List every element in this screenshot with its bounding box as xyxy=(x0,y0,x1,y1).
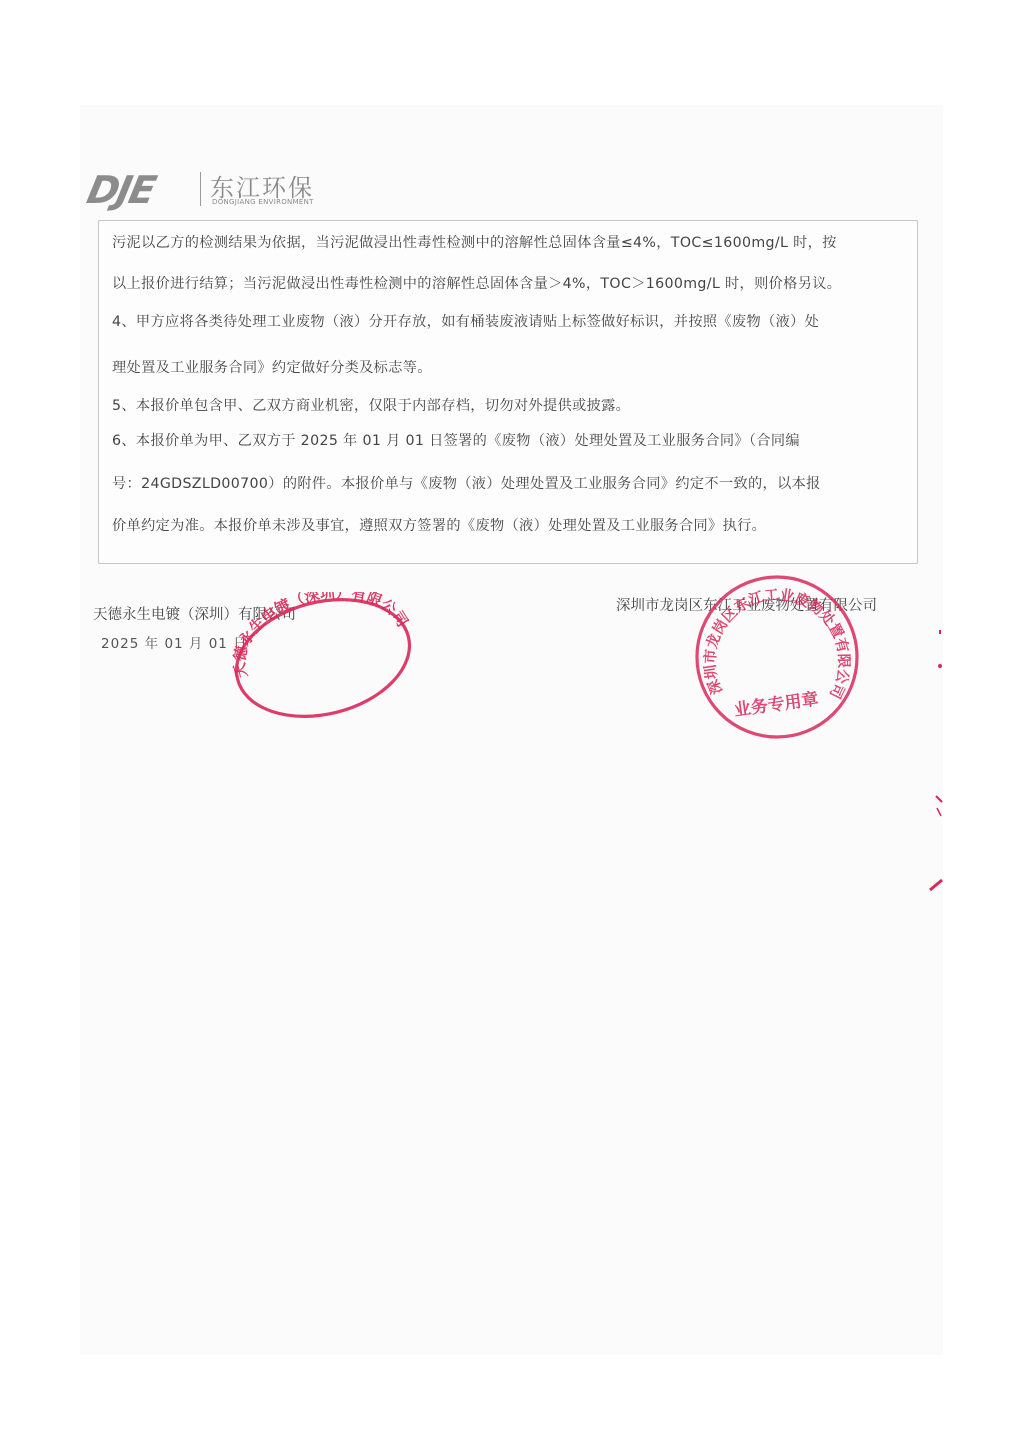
terms-line: 4、甲方应将各类待处理工业废物（液）分开存放，如有桶装废液请贴上标签做好标识，并… xyxy=(112,311,819,331)
terms-line: 6、本报价单为甲、乙双方于 2025 年 01 月 01 日签署的《废物（液）处… xyxy=(112,430,800,450)
terms-line: 价单约定为准。本报价单未涉及事宜，遵照双方签署的《废物（液）处理处置及工业服务合… xyxy=(112,515,766,535)
party-a-date: 2025 年 01 月 01 日 xyxy=(101,632,248,652)
logo-english-name: DONGJIANG ENVIRONMENT xyxy=(212,198,314,206)
terms-line: 理处置及工业服务合同》约定做好分类及标志等。 xyxy=(112,357,432,377)
terms-line: 5、本报价单包含甲、乙双方商业机密，仅限于内部存档，切勿对外提供或披露。 xyxy=(112,395,630,415)
logo-mark: DJE xyxy=(83,168,158,212)
party-b-company: 深圳市龙岗区东江工业废物处置有限公司 xyxy=(616,594,877,615)
terms-line: 号：24GDSZLD00700）的附件。本报价单与《废物（液）处理处置及工业服务… xyxy=(112,473,821,493)
logo-divider xyxy=(200,172,201,206)
terms-box xyxy=(98,220,918,564)
terms-line: 以上报价进行结算；当污泥做浸出性毒性检测中的溶解性总固体含量＞4%，TOC＞16… xyxy=(112,273,841,293)
terms-line: 污泥以乙方的检测结果为依据，当污泥做浸出性毒性检测中的溶解性总固体含量≤4%，T… xyxy=(112,232,837,252)
party-a-company: 天德永生电镀（深圳）有限公司 xyxy=(93,603,296,624)
